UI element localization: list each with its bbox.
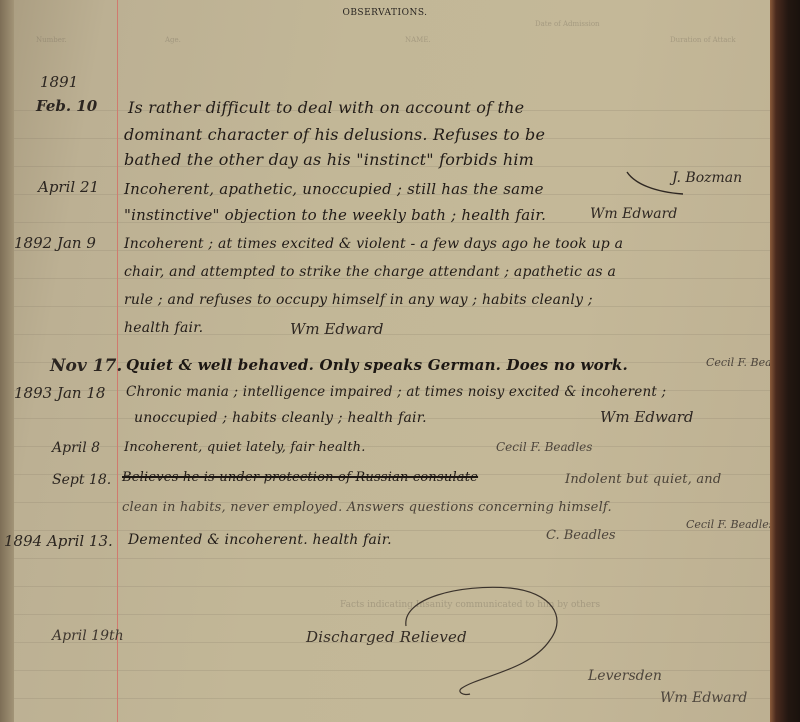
entry-line: unoccupied ; habits cleanly ; health fai… (134, 410, 427, 426)
signature: C. Beadles (546, 528, 616, 543)
ruled-line (14, 698, 770, 699)
ghost-header: Duration of Attack (670, 36, 736, 44)
ruled-line (14, 614, 770, 615)
entry-year: 1894 (4, 532, 42, 550)
entry-date: April 13. (47, 532, 113, 550)
signature: Wm Edward (590, 206, 677, 222)
binding-edge (0, 0, 14, 722)
ruled-line (14, 586, 770, 587)
entry-line: chair, and attempted to strike the charg… (124, 264, 616, 280)
entry-year-date: 1894 April 13. (4, 532, 113, 550)
entry-line: dominant character of his delusions. Ref… (124, 125, 545, 144)
entry-date: Jan 18 (57, 384, 105, 402)
entry-year: 1893 (14, 384, 52, 402)
entry-year-date: 1892 Jan 9 (14, 234, 96, 252)
entry-line: Indolent but quiet, and (565, 472, 721, 487)
entry-line: "instinctive" objection to the weekly ba… (124, 206, 546, 224)
entry-year-date: 1893 Jan 18 (14, 384, 105, 402)
entry-line: Quiet & well behaved. Only speaks German… (126, 356, 628, 374)
entry-line: Incoherent, apathetic, unoccupied ; stil… (124, 180, 544, 198)
struck-out-text: Believes he is under protection of Russi… (122, 470, 478, 485)
entry-line: bathed the other day as his "instinct" f… (124, 150, 534, 169)
ghost-header: Age. (165, 36, 181, 44)
signature: Cecil F. Beadles (686, 518, 770, 531)
entry-line: Chronic mania ; intelligence impaired ; … (126, 384, 666, 400)
signature: Cecil F. Beadles (706, 356, 770, 369)
ghost-header: Facts indicating Insanity communicated t… (340, 600, 600, 610)
ghost-header: Number. (36, 36, 67, 44)
entry-line: Is rather difficult to deal with on acco… (128, 98, 524, 117)
ruled-line (14, 530, 770, 531)
entry-date: Jan 9 (57, 234, 96, 252)
signature: Wm Edward (660, 690, 747, 706)
ruled-line (14, 558, 770, 559)
entry-date: April 19th (52, 628, 124, 644)
discharge-note: Discharged Relieved (306, 628, 467, 646)
ghost-header: Date of Admission (535, 20, 600, 28)
signature: Wm Edward (290, 320, 384, 338)
entry-date: Nov 17. (50, 356, 122, 376)
signature: J. Bozman (672, 170, 742, 186)
entry-date: April 21 (38, 178, 99, 196)
page-heading: OBSERVATIONS. (0, 8, 770, 18)
signature: Leversden (588, 668, 662, 684)
entry-line: rule ; and refuses to occupy himself in … (124, 292, 593, 308)
entry-date: Feb. 10 (36, 97, 97, 115)
entry-line: Demented & incoherent. health fair. (128, 532, 392, 548)
signature: Cecil F. Beadles (496, 440, 592, 454)
book-edge (770, 0, 800, 722)
entry-date: April 8 (52, 440, 100, 456)
signature: Wm Edward (600, 408, 694, 426)
ghost-header: NAME. (405, 36, 431, 44)
register-page: OBSERVATIONS. Number. Age. NAME. Date of… (0, 0, 770, 722)
entry-line: Incoherent, quiet lately, fair health. (124, 440, 366, 455)
entry-date: Sept 18. (52, 472, 111, 488)
entry-line: Incoherent ; at times excited & violent … (124, 236, 623, 252)
entry-year: 1892 (14, 234, 52, 252)
entry-line: clean in habits, never employed. Answers… (122, 500, 612, 515)
entry-line: health fair. (124, 320, 203, 336)
entry-year: 1891 (40, 73, 78, 91)
